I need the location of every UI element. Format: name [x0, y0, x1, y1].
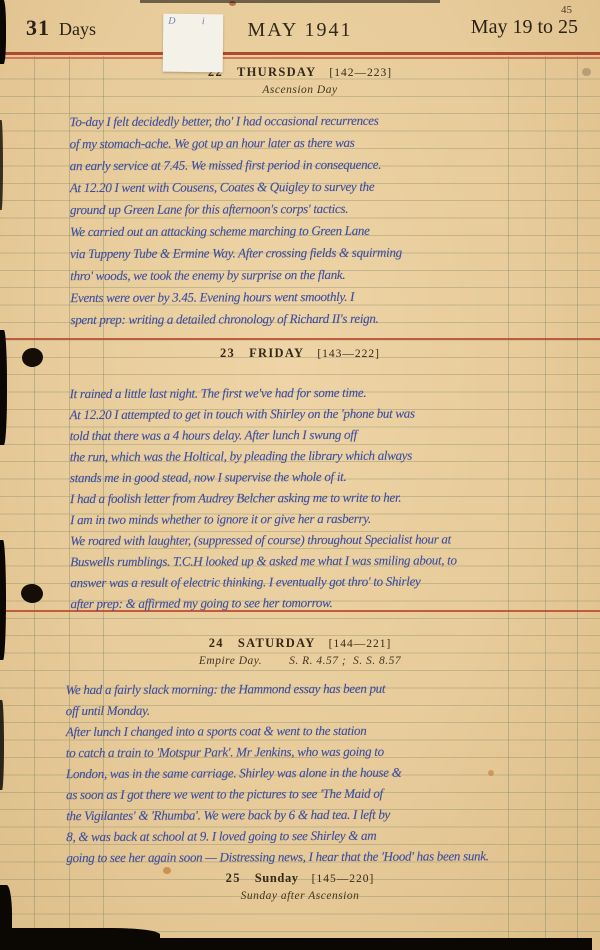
handwritten-line: I am in two minds whether to ignore it o… — [70, 507, 580, 530]
top-scan-edge — [140, 0, 440, 3]
handwritten-line: 8, & was back at school at 9. I loved go… — [66, 824, 576, 847]
day-subtitle-sunday: Sunday after Ascension — [0, 890, 600, 902]
smudge — [582, 68, 591, 76]
handwritten-line: as soon as I got there we went to the pi… — [66, 782, 576, 805]
handwritten-line: told that there was a 4 hours delay. Aft… — [70, 423, 580, 446]
handwritten-line: To-day I felt decidedly better, tho' I h… — [70, 109, 580, 133]
day-header-saturday: 24 SATURDAY [144—221] — [0, 634, 600, 652]
diary-page: 31Days MAY 1941 May 19 to 25 45 D i 22 T… — [0, 0, 600, 950]
day-of-year-numbers: [143—222] — [317, 348, 380, 360]
day-name: Sunday — [255, 871, 299, 885]
feint-vertical-rule — [34, 56, 35, 940]
day-name: THURSDAY — [237, 65, 316, 79]
day-of-year-numbers: [144—221] — [329, 638, 392, 650]
sticker-handwriting: D i — [168, 16, 217, 28]
week-range: May 19 to 25 — [471, 16, 578, 39]
punch-hole — [20, 583, 44, 604]
day-of-year-numbers: [145—220] — [312, 873, 375, 885]
torn-edge — [0, 120, 3, 210]
day-date: 24 — [209, 636, 224, 650]
handwritten-line: answer was a result of electric thinking… — [70, 570, 580, 593]
handwritten-line: via Tuppeny Tube & Ermine Way. After cro… — [70, 241, 580, 265]
thursday-entry: To-day I felt decidedly better, tho' I h… — [70, 109, 581, 331]
handwritten-line: At 12.20 I went with Cousens, Coates & Q… — [70, 175, 580, 199]
torn-edge — [0, 0, 6, 64]
handwritten-line: off until Monday. — [66, 698, 576, 721]
handwritten-line: stands me in good stead, now I supervise… — [70, 465, 580, 488]
days-count: 31 — [26, 15, 50, 40]
handwritten-line: to catch a train to 'Motspur Park'. Mr J… — [66, 740, 576, 763]
handwritten-line: the run, which was the Holtical, by plea… — [70, 444, 580, 467]
header-rule-bottom — [0, 57, 600, 59]
friday-entry: It rained a little last night. The first… — [69, 381, 580, 614]
handwritten-line: At 12.20 I attempted to get in touch wit… — [70, 402, 580, 425]
handwritten-line: Buswells rumblings. T.C.H looked up & as… — [70, 549, 580, 572]
saturday-entry: We had a fairly slack morning: the Hammo… — [66, 677, 577, 868]
handwritten-line: an early service at 7.45. We missed firs… — [70, 153, 580, 177]
day-header-sunday: 25 Sunday [145—220] — [0, 869, 600, 887]
ink-stain — [163, 867, 171, 874]
handwritten-line: of my stomach-ache. We got up an hour la… — [70, 131, 580, 155]
day-of-year-numbers: [142—223] — [329, 67, 392, 79]
handwritten-line: It rained a little last night. The first… — [69, 381, 579, 404]
header-rule-top — [0, 52, 600, 55]
days-in-month-label: 31Days — [26, 15, 96, 41]
day-date: 25 — [226, 871, 241, 885]
handwritten-line: thro' woods, we took the enemy by surpri… — [70, 263, 580, 287]
handwritten-line: After lunch I changed into a sports coat… — [66, 719, 576, 742]
handwritten-line: We carried out an attacking scheme march… — [70, 219, 580, 243]
handwritten-line: going to see her again soon — Distressin… — [66, 845, 576, 868]
handwritten-line: after prep: & affirmed my going to see h… — [70, 591, 580, 614]
handwritten-line: We had a fairly slack morning: the Hammo… — [66, 677, 576, 700]
handwritten-line: London, was in the same carriage. Shirle… — [66, 761, 576, 784]
section-rule-friday — [0, 338, 600, 340]
ink-stain — [488, 770, 494, 776]
day-date: 23 — [220, 346, 235, 360]
handwritten-line: I had a foolish letter from Audrey Belch… — [70, 486, 580, 509]
day-subtitle-saturday: Empire Day. S. R. 4.57 ; S. S. 8.57 — [0, 655, 600, 667]
day-header-thursday: 22 THURSDAY [142—223] — [0, 63, 600, 81]
handwritten-line: ground up Green Lane for this afternoon'… — [70, 197, 580, 221]
day-name: FRIDAY — [249, 346, 304, 360]
torn-edge — [0, 330, 7, 445]
handwritten-line: We roared with laughter, (suppressed of … — [70, 528, 580, 551]
day-subtitle-thursday: Ascension Day — [0, 84, 600, 96]
handwritten-line: Events were over by 3.45. Evening hours … — [70, 285, 580, 309]
days-word: Days — [59, 19, 96, 39]
bottom-scan-edge — [0, 928, 160, 950]
torn-edge — [0, 700, 4, 790]
handwritten-line: the Vigilantes' & 'Rhumba'. We were back… — [66, 803, 576, 826]
torn-edge — [0, 540, 6, 660]
day-name: SATURDAY — [238, 636, 316, 650]
paper-sticker: D i — [163, 14, 224, 73]
page-number: 45 — [561, 4, 572, 16]
day-header-friday: 23 FRIDAY [143—222] — [0, 344, 600, 362]
handwritten-line: spent prep: writing a detailed chronolog… — [70, 307, 580, 331]
